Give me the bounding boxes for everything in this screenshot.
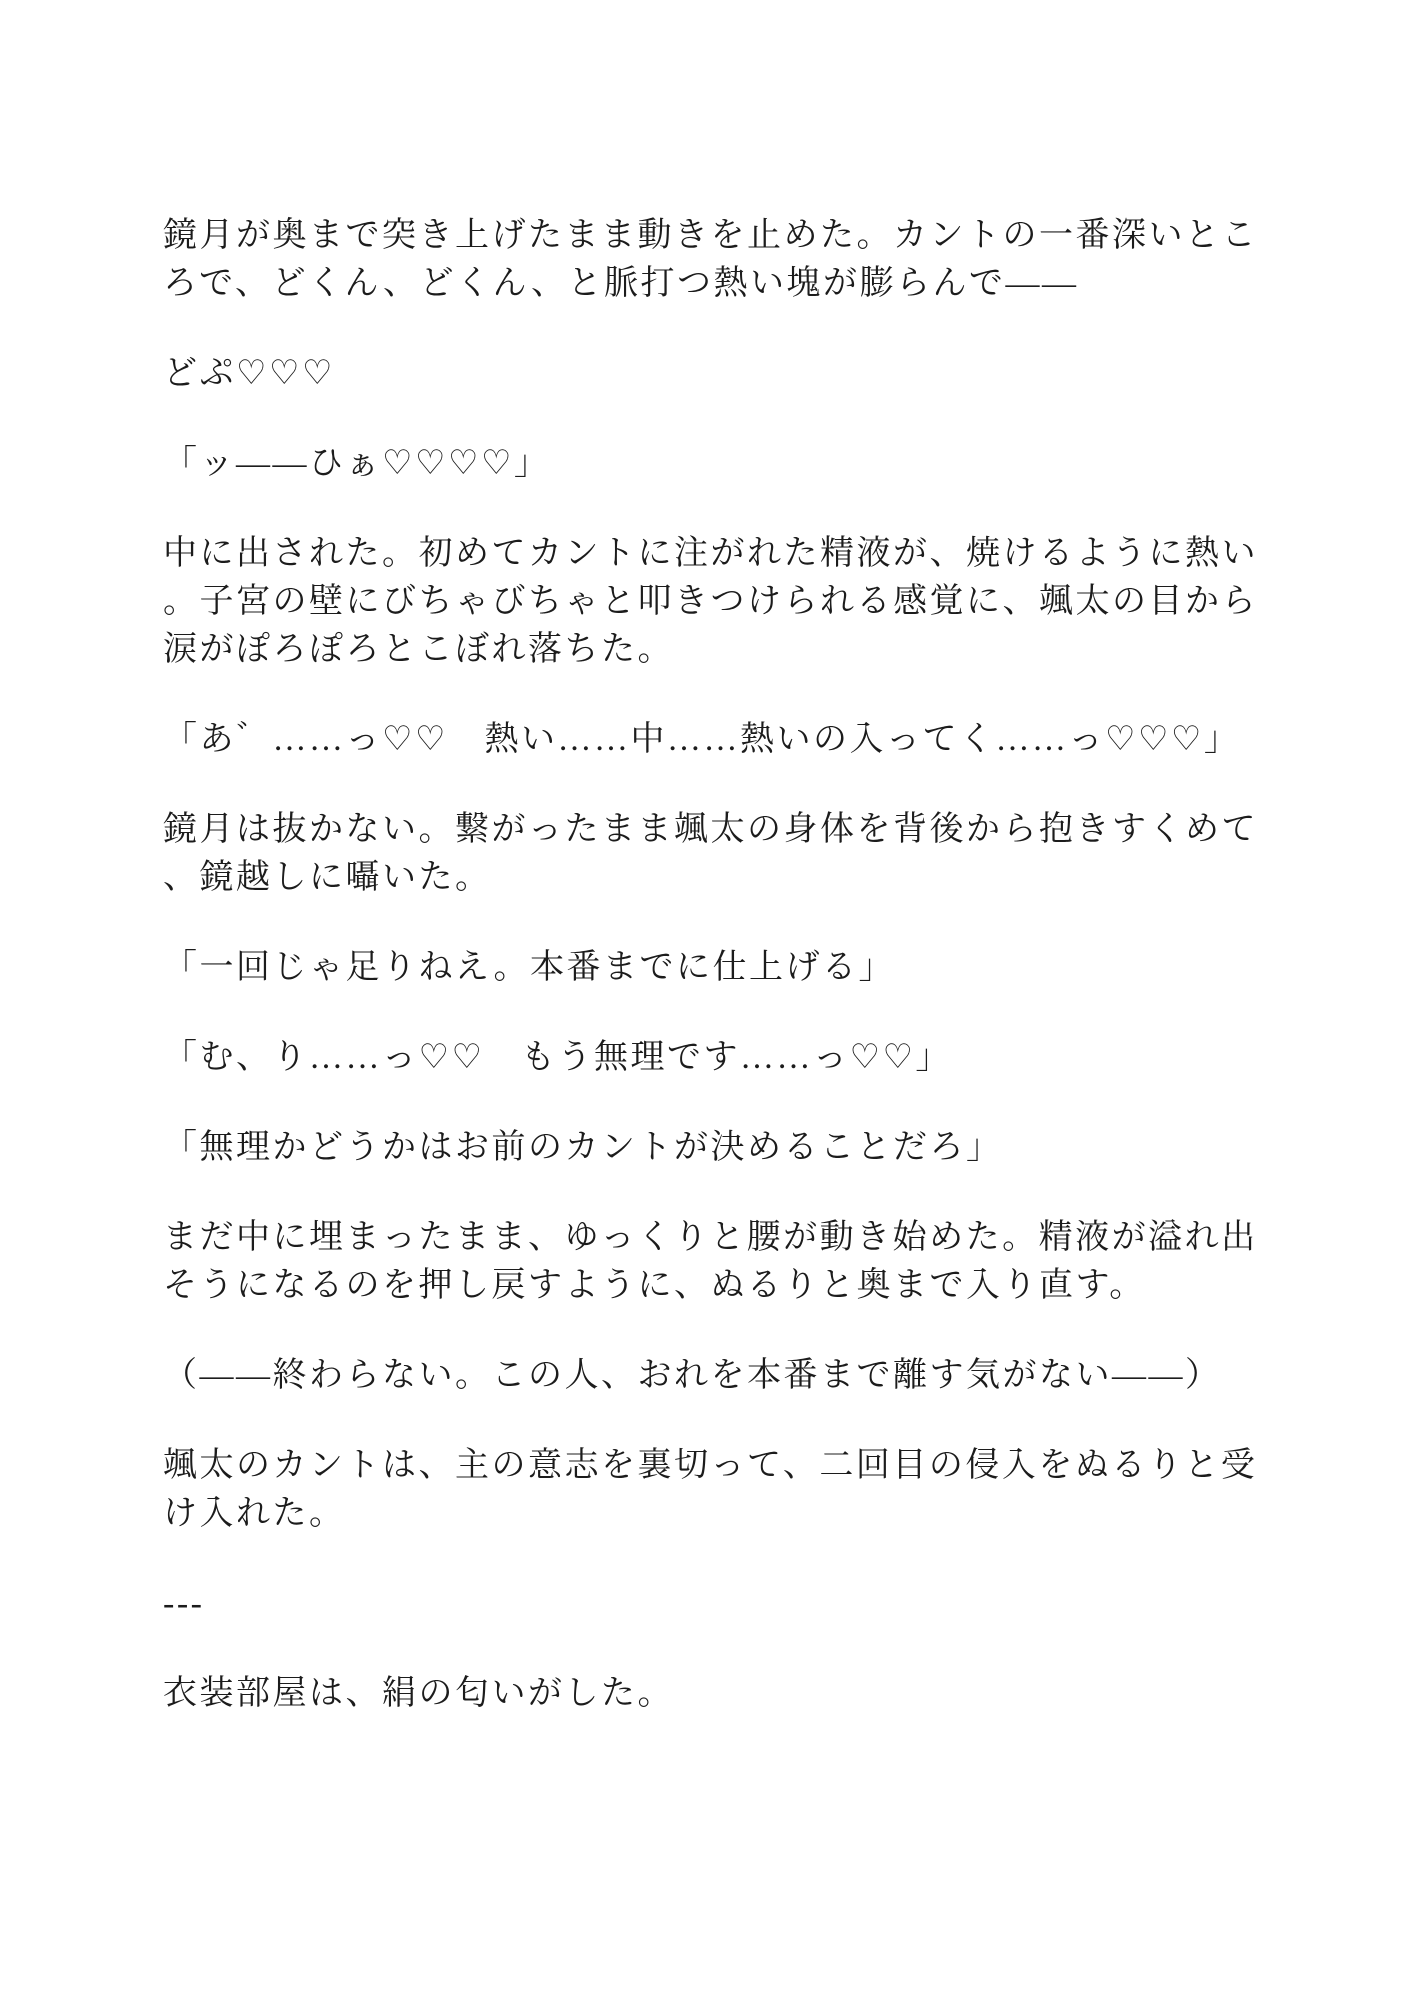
dialogue-line: 「あ゛……っ♡♡ 熱い……中……熱いの入ってく……っ♡♡♡」 bbox=[163, 716, 1313, 764]
dialogue-line: 「無理かどうかはお前のカントが決めることだろ」 bbox=[163, 1124, 1313, 1172]
narration-paragraph: 颯太のカントは、主の意志を裏切って、二回目の侵入をぬるりと受 け入れた。 bbox=[163, 1442, 1313, 1538]
scene-divider: --- bbox=[163, 1580, 1313, 1628]
narration-paragraph: 中に出された。初めてカントに注がれた精液が、焼けるように熱い 。子宮の壁にびちゃ… bbox=[163, 530, 1313, 674]
narration-paragraph: 鏡月は抜かない。繋がったまま颯太の身体を背後から抱きすくめて 、鏡越しに囁いた。 bbox=[163, 806, 1313, 902]
narration-paragraph: 鏡月が奥まで突き上げたまま動きを止めた。カントの一番深いとこ ろで、どくん、どく… bbox=[163, 212, 1313, 308]
inner-monologue-line: （——終わらない。この人、おれを本番まで離す気がない——） bbox=[163, 1352, 1313, 1400]
narration-paragraph: 衣装部屋は、絹の匂いがした。 bbox=[163, 1670, 1313, 1718]
sfx-line: どぷ♡♡♡ bbox=[163, 350, 1313, 398]
dialogue-line: 「ッ——ひぁ♡♡♡♡」 bbox=[163, 440, 1313, 488]
dialogue-line: 「む、り……っ♡♡ もう無理です……っ♡♡」 bbox=[163, 1034, 1313, 1082]
dialogue-line: 「一回じゃ足りねえ。本番までに仕上げる」 bbox=[163, 944, 1313, 992]
story-page: 鏡月が奥まで突き上げたまま動きを止めた。カントの一番深いとこ ろで、どくん、どく… bbox=[0, 0, 1415, 2000]
narration-paragraph: まだ中に埋まったまま、ゆっくりと腰が動き始めた。精液が溢れ出 そうになるのを押し… bbox=[163, 1214, 1313, 1310]
